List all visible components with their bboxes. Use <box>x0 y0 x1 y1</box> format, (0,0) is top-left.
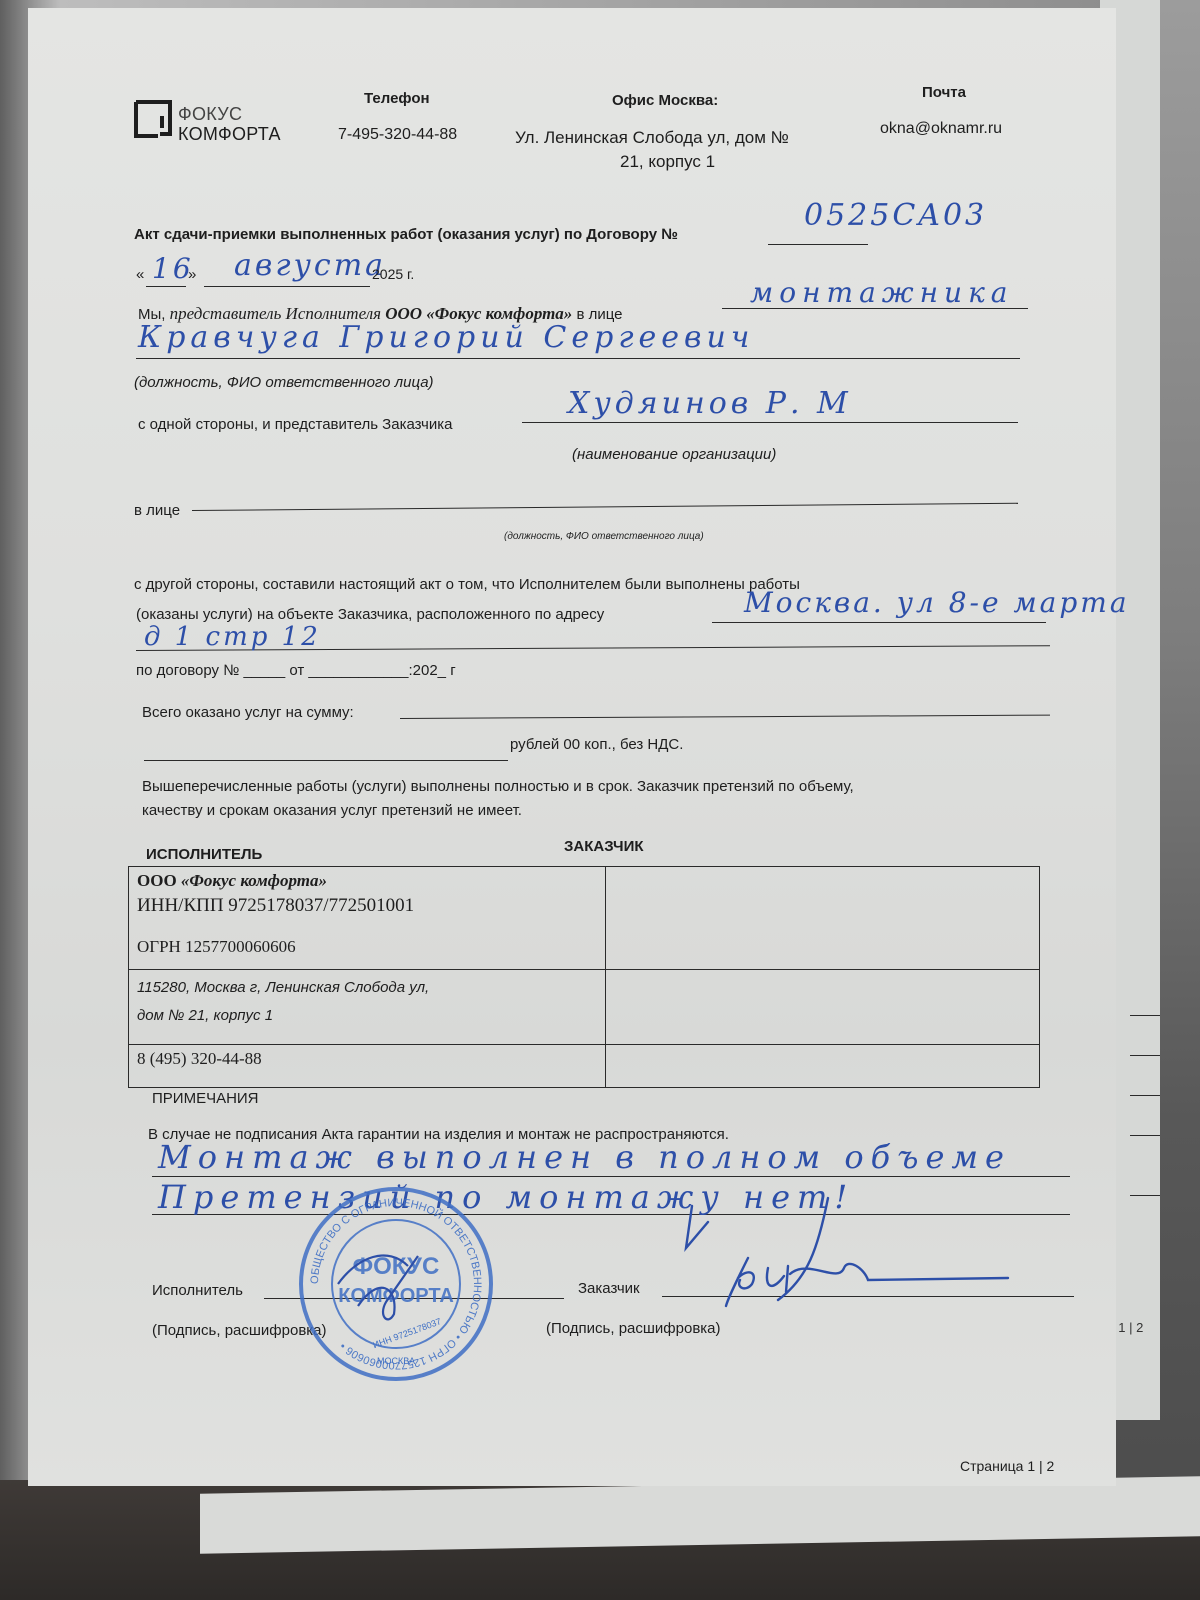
body-line-1: с другой стороны, составили настоящий ак… <box>134 576 800 593</box>
office-label: Офис Москва: <box>612 92 718 109</box>
executor-phone-cell: 8 (495) 320-44-88 <box>129 1045 606 1088</box>
statement-line-1: Вышеперечисленные работы (услуги) выполн… <box>142 778 854 795</box>
svg-text:ОБЩЕСТВО С ОГРАНИЧЕННОЙ ОТВЕТС: ОБЩЕСТВО С ОГРАНИЧЕННОЙ ОТВЕТСТВЕННОСТЬЮ… <box>309 1197 483 1371</box>
in-person-label: в лице <box>134 502 180 519</box>
table-row: 115280, Москва г, Ленинская Слобода ул, … <box>129 970 1040 1045</box>
stamp-ring-text: ОБЩЕСТВО С ОГРАНИЧЕННОЙ ОТВЕТСТВЕННОСТЬЮ… <box>309 1197 483 1371</box>
requisites-table: ООО «Фокус комфорта» ИНН/КПП 9725178037/… <box>128 866 1040 1088</box>
customer-org-caption: (наименование организации) <box>572 446 776 463</box>
office-address-line2: 21, корпус 1 <box>620 152 715 172</box>
address-handwritten-line1: Москва. ул 8-е марта <box>744 586 1130 619</box>
phone-value: 7-495-320-44-88 <box>338 126 457 144</box>
date-open-quote: « <box>136 266 144 283</box>
customer-company-cell <box>606 867 1040 970</box>
customer-phone-cell <box>606 1045 1040 1088</box>
executor-signature-label: Исполнитель <box>152 1282 243 1299</box>
address-handwritten-line2: д 1 стр 12 <box>144 622 321 652</box>
contract-reference: по договору № _____ от ____________:202_… <box>136 662 456 679</box>
mail-value: okna@oknamr.ru <box>880 120 1002 138</box>
executor-address-line1: 115280, Москва г, Ленинская Слобода ул, <box>137 974 597 1002</box>
customer-signature-label: Заказчик <box>578 1280 640 1297</box>
contract-number-handwritten: 0525CA03 <box>804 198 987 233</box>
phone-label: Телефон <box>364 90 430 107</box>
executor-address-cell: 115280, Москва г, Ленинская Слобода ул, … <box>129 970 606 1045</box>
executor-heading: ИСПОЛНИТЕЛЬ <box>146 846 262 863</box>
executor-company-cell: ООО «Фокус комфорта» ИНН/КПП 9725178037/… <box>129 867 606 970</box>
stamp-city: МОСКВА <box>377 1356 415 1366</box>
customer-signature-caption: (Подпись, расшифровка) <box>546 1320 721 1337</box>
customer-heading: ЗАКАЗЧИК <box>564 838 644 855</box>
date-year: 2025 г. <box>372 266 414 282</box>
date-close-quote: » <box>188 266 196 283</box>
total-label: Всего оказано услуг на сумму: <box>142 704 354 721</box>
executor-address-line2: дом № 21, корпус 1 <box>137 1002 597 1030</box>
date-month-handwritten: августа <box>234 248 386 283</box>
office-address-line1: Ул. Ленинская Слобода ул, дом № <box>515 128 789 148</box>
total-suffix: рублей 00 коп., без НДС. <box>510 736 683 753</box>
customer-signature <box>668 1188 1028 1308</box>
executor-position-handwritten: монтажника <box>750 276 1013 309</box>
in-person-caption: (должность, ФИО ответственного лица) <box>504 531 704 542</box>
statement-line-2: качеству и срокам оказания услуг претенз… <box>142 802 522 819</box>
document-page: ФОКУС КОМФОРТА Телефон 7-495-320-44-88 О… <box>28 8 1116 1486</box>
logo-line1: ФОКУС <box>178 104 242 124</box>
body-line-2: (оказаны услуги) на объекте Заказчика, р… <box>136 606 604 623</box>
act-title: Акт сдачи-приемки выполненных работ (ока… <box>134 226 678 243</box>
executor-caption: (должность, ФИО ответственного лица) <box>134 374 434 391</box>
logo-square-icon <box>134 100 172 138</box>
executor-inn-kpp: ИНН/КПП 9725178037/772501001 <box>137 895 597 917</box>
company-stamp: ОБЩЕСТВО С ОГРАНИЧЕННОЙ ОТВЕТСТВЕННОСТЬЮ… <box>298 1186 494 1382</box>
executor-ogrn: ОГРН 1257700060606 <box>137 937 597 957</box>
table-row: 8 (495) 320-44-88 <box>129 1045 1040 1088</box>
customer-intro: с одной стороны, и представитель Заказчи… <box>138 416 452 433</box>
stamp-inn: ИНН 9725178037 <box>371 1316 442 1350</box>
table-row: ООО «Фокус комфорта» ИНН/КПП 9725178037/… <box>129 867 1040 970</box>
mail-label: Почта <box>922 84 966 101</box>
notes-heading: ПРИМЕЧАНИЯ <box>152 1090 259 1107</box>
customer-address-cell <box>606 970 1040 1045</box>
logo-line2: КОМФОРТА <box>178 124 281 144</box>
customer-name-handwritten: Худяинов Р. М <box>568 386 852 421</box>
notes-handwritten-line1: Монтаж выполнен в полном объеме <box>158 1138 1011 1176</box>
executor-company: ООО «Фокус комфорта» <box>137 871 597 891</box>
page-number: Страница 1 | 2 <box>960 1458 1054 1474</box>
executor-name-handwritten: Кравчуга Григорий Сергеевич <box>138 320 754 355</box>
